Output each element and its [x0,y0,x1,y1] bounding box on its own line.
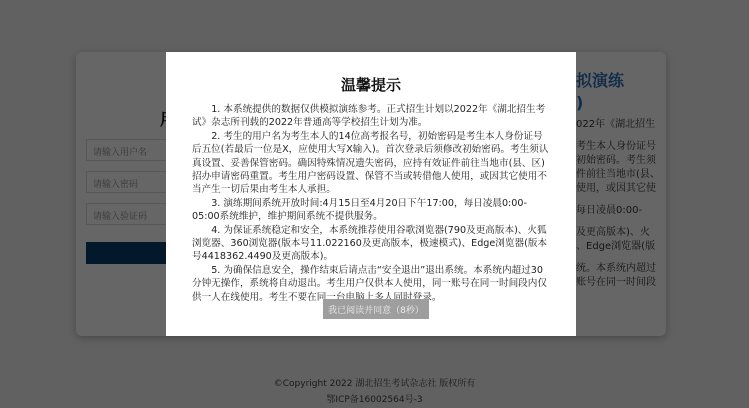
modal-body: 1. 本系统提供的数据仅供模拟演练参考。正式招生计划以2022年《湖北招生考试》… [166,103,576,304]
notice-item: 4. 为保证系统稳定和安全，本系统推荐使用谷歌浏览器(790及更高版本)、火狐浏… [192,224,552,264]
notice-item: 2. 考生的用户名为考生本人的14位高考报名号，初始密码是考生本人身份证号后五位… [192,130,552,197]
agree-button[interactable]: 我已阅读并同意（8秒） [323,299,429,319]
notice-item: 1. 本系统提供的数据仅供模拟演练参考。正式招生计划以2022年《湖北招生考试》… [192,103,552,130]
notice-modal: 温馨提示 1. 本系统提供的数据仅供模拟演练参考。正式招生计划以2022年《湖北… [166,52,576,336]
modal-title: 温馨提示 [166,74,576,95]
notice-item: 3. 演练期间系统开放时间:4月15日至4月20日下午17:00，每日凌晨0:0… [192,197,552,224]
